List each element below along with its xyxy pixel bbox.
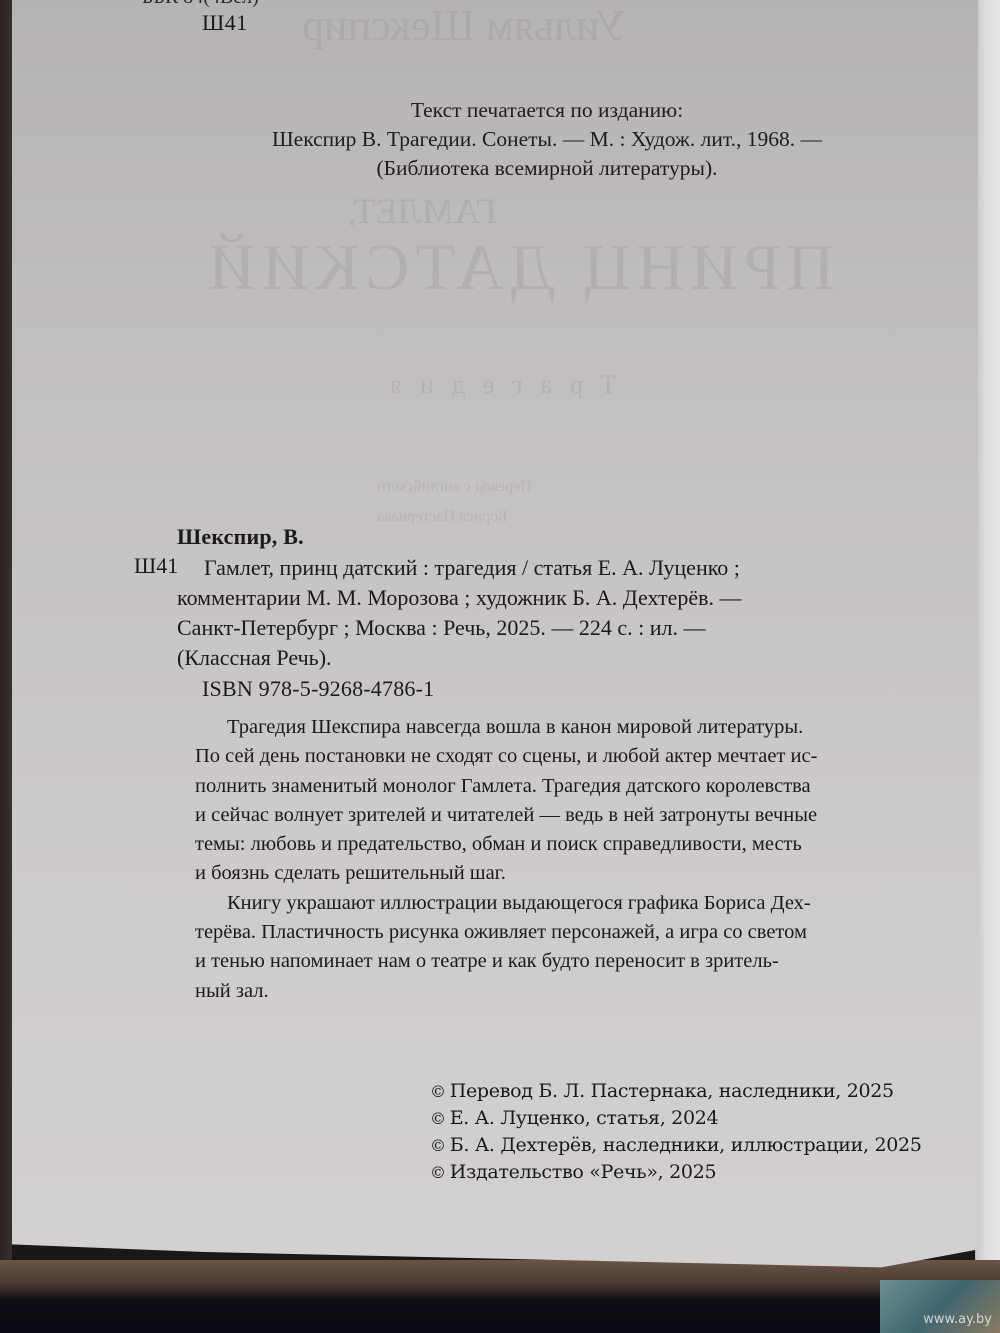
copyright-row: ©Е. А. Луценко, статья, 2024	[430, 1105, 922, 1132]
copyright-text: Издательство «Речь», 2025	[450, 1161, 717, 1183]
annotation-line: темы: любовь и предательство, обман и по…	[195, 830, 935, 859]
site-watermark: www.ay.by	[923, 1312, 992, 1327]
annotation-line: и тенью напоминает нам о театре и как бу…	[195, 947, 935, 976]
source-line: Текст печатается по изданию:	[207, 96, 887, 125]
author-mark: Ш41	[202, 10, 248, 36]
showthrough-subtitle: Трагедия	[372, 370, 616, 400]
annotation-line: терёва. Пластичность рисунка оживляет пе…	[195, 918, 935, 947]
copyright-row: ©Издательство «Речь», 2025	[430, 1159, 922, 1186]
annotation-line: Трагедия Шекспира навсегда вошла в канон…	[195, 713, 935, 742]
annotation-line: полнить знаменитый монолог Гамлета. Траг…	[195, 772, 935, 801]
annotation-line: Книгу украшают иллюстрации выдающегося г…	[195, 889, 935, 918]
showthrough-author: Уильям Шекспир	[302, 0, 627, 51]
showthrough-title-2: ПРИНЦ ДАТСКИЙ	[202, 230, 834, 306]
copyright-row: ©Б. А. Дехтерёв, наследники, иллюстрации…	[430, 1132, 922, 1159]
catalog-line: комментарии М. М. Морозова ; художник Б.…	[177, 583, 937, 613]
book-spine-edge	[0, 0, 12, 1280]
annotation-line: и сейчас волнует зрителей и читателей — …	[195, 801, 935, 830]
annotation-line: По сей день постановки не сходят со сцен…	[195, 742, 935, 771]
copyright-icon: ©	[430, 1163, 446, 1182]
showthrough-translator-1: Перевод с английского	[377, 478, 532, 496]
catalog-line: Гамлет, принц датский : трагедия / стать…	[177, 553, 937, 583]
copyright-icon: ©	[430, 1136, 446, 1155]
table-surface	[0, 1260, 1000, 1333]
next-page-edge	[975, 0, 1000, 1290]
copyright-icon: ©	[430, 1109, 446, 1128]
source-line: (Библиотека всемирной литературы).	[207, 154, 887, 183]
showthrough-translator-2: Бориса Пастернака	[377, 508, 507, 526]
annotation-line: ный зал.	[195, 977, 935, 1006]
copyright-text: Б. А. Дехтерёв, наследники, иллюстрации,…	[450, 1134, 922, 1156]
catalog-line: (Классная Речь).	[177, 643, 937, 673]
copyright-text: Перевод Б. Л. Пастернака, наследники, 20…	[450, 1080, 894, 1102]
showthrough-title-1: ГАМЛЕТ,	[348, 190, 497, 232]
catalog-author-heading: Шекспир, В.	[177, 524, 304, 550]
catalog-line: Санкт-Петербург ; Москва : Речь, 2025. —…	[177, 613, 937, 643]
annotation: Трагедия Шекспира навсегда вошла в канон…	[195, 713, 935, 1006]
book-page: Уильям Шекспир ГАМЛЕТ, ПРИНЦ ДАТСКИЙ Тра…	[12, 0, 978, 1275]
source-line: Шекспир В. Трагедии. Сонеты. — М. : Худо…	[207, 125, 887, 154]
copyright-icon: ©	[430, 1082, 446, 1101]
isbn: ISBN 978-5-9268-4786-1	[202, 676, 434, 702]
bbk-code: ББК 84(4Вел)	[142, 0, 259, 9]
copyright-block: ©Перевод Б. Л. Пастернака, наследники, 2…	[430, 1078, 922, 1186]
annotation-line: и боязнь сделать решительный шаг.	[195, 859, 935, 888]
catalog-description: Гамлет, принц датский : трагедия / стать…	[177, 553, 937, 673]
source-edition-note: Текст печатается по изданию: Шекспир В. …	[207, 96, 887, 183]
copyright-text: Е. А. Луценко, статья, 2024	[450, 1107, 719, 1129]
catalog-index: Ш41	[134, 553, 178, 579]
copyright-row: ©Перевод Б. Л. Пастернака, наследники, 2…	[430, 1078, 922, 1105]
